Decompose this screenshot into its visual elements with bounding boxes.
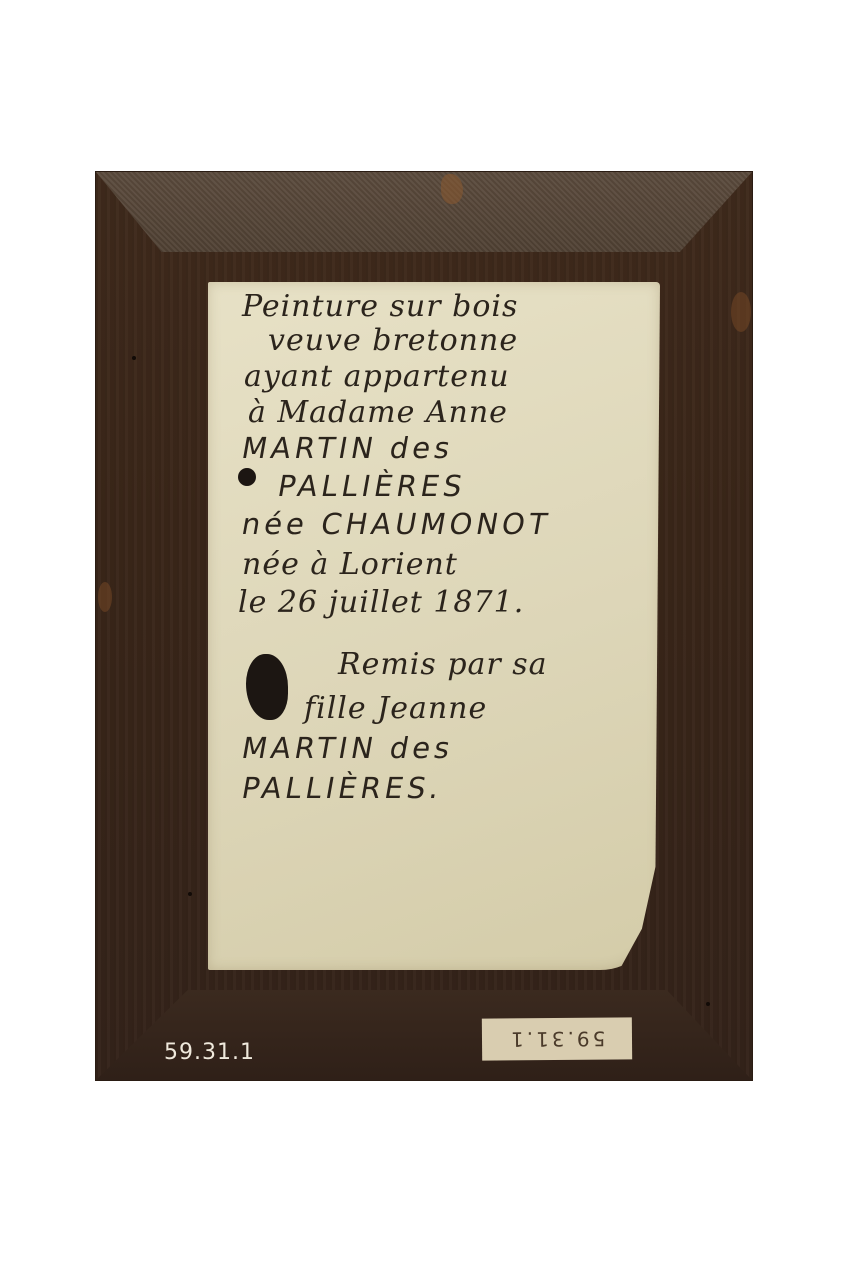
note-line: PALLIÈRES [275,472,468,501]
note-line: PALLIÈRES. [239,774,445,803]
ink-blot [246,654,288,720]
rust-stain [731,292,751,332]
nail-hole [188,892,192,896]
note-line: le 26 juillet 1871. [238,588,524,618]
provenance-note: Peinture sur bois veuve bretonne ayant a… [208,282,660,970]
note-line: née CHAUMONOT [239,510,553,539]
top-bevel [96,172,752,252]
nail-hole [132,356,136,360]
note-line: Remis par sa [338,650,548,680]
note-line: MARTIN des [239,734,456,763]
note-line: ayant appartenu [244,362,510,392]
note-line: à Madame Anne [248,398,508,428]
nail-hole [706,1002,710,1006]
note-line: fille Jeanne [304,694,487,724]
note-line: née à Lorient [242,550,458,580]
inventory-number-tag: 59.31.1 [482,1017,632,1060]
rust-stain [441,174,463,204]
rust-stain [98,582,112,612]
bottom-bevel [96,990,752,1080]
wooden-panel-back: Peinture sur bois veuve bretonne ayant a… [96,172,752,1080]
inventory-number-tag-text: 59.31.1 [508,1027,606,1052]
note-line: veuve bretonne [268,326,518,356]
note-line: Peinture sur bois [242,292,518,322]
inventory-number-painted: 59.31.1 [164,1040,255,1065]
note-line: MARTIN des [239,434,456,463]
ink-spot [238,468,256,486]
